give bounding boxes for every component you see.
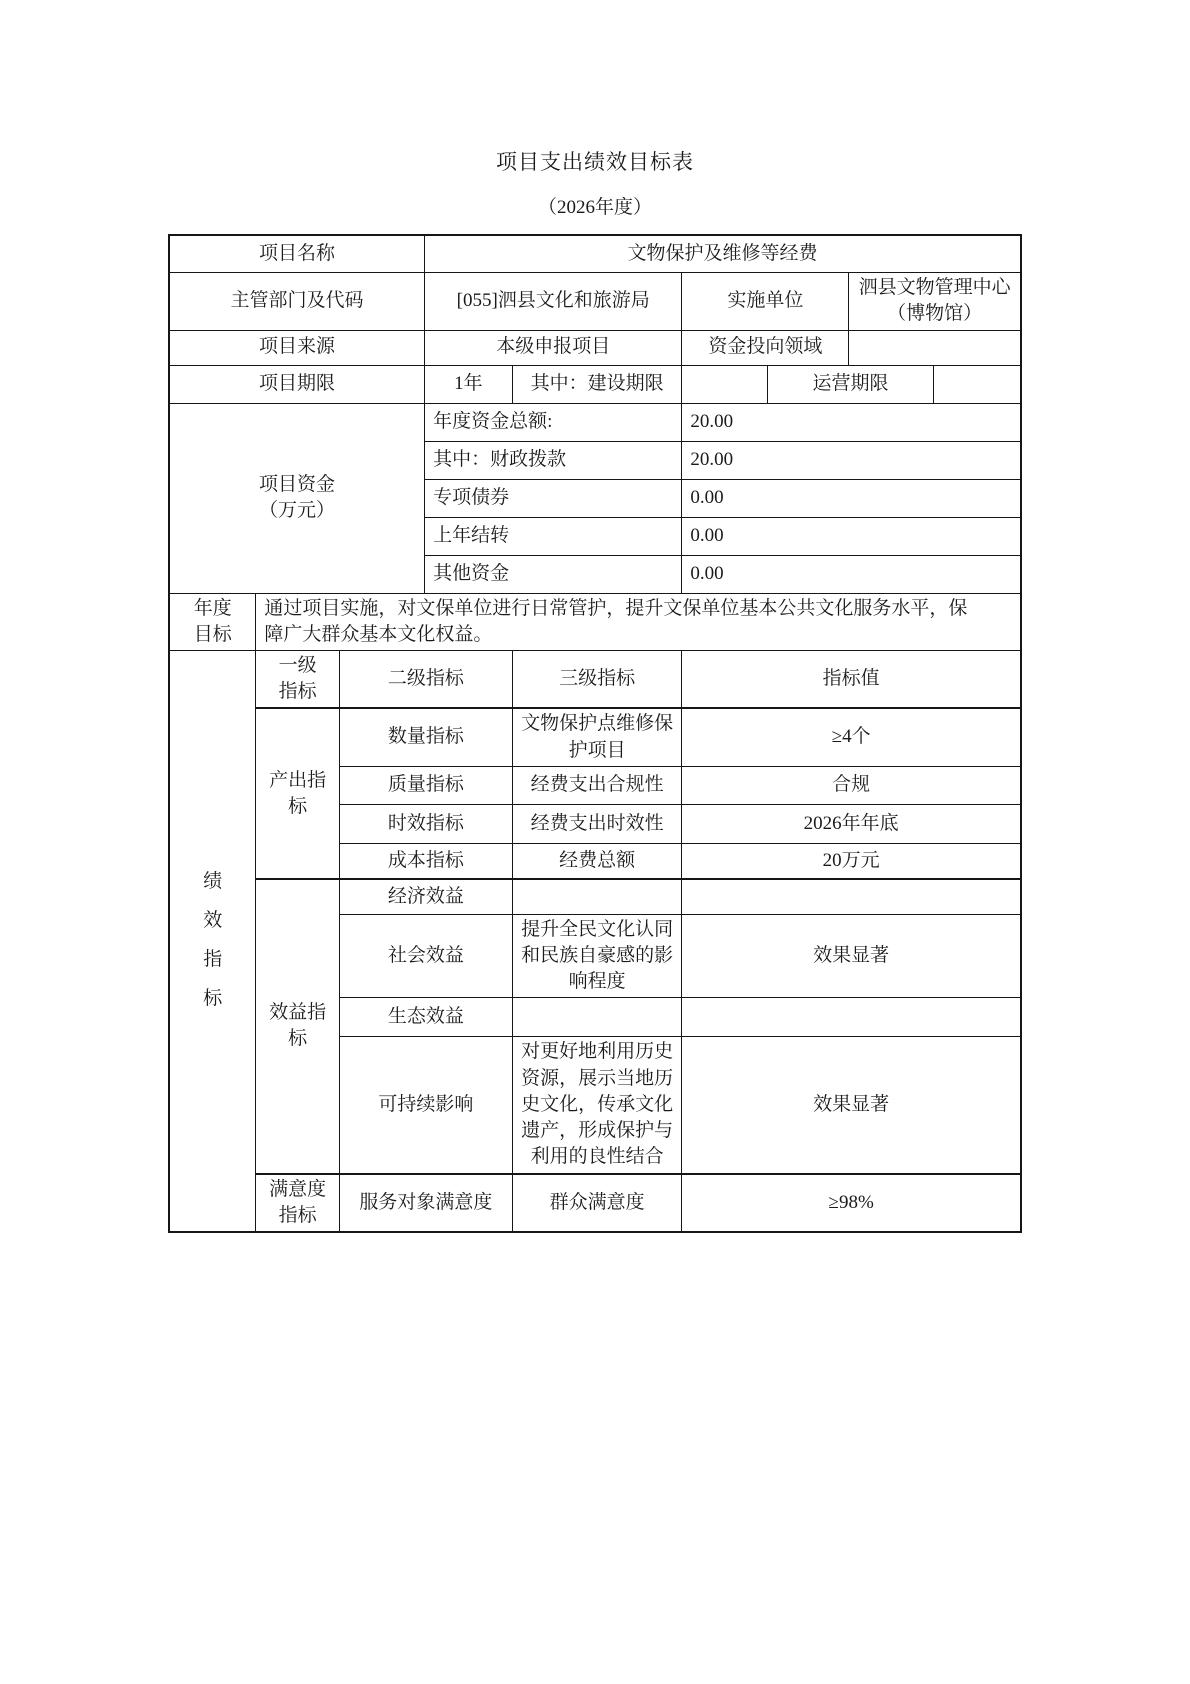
dept-label: 主管部门及代码 <box>169 272 425 330</box>
fund-item-value: 0.00 <box>682 479 1021 517</box>
perf-level3: 经费总额 <box>512 843 682 879</box>
fund-item-value: 20.00 <box>682 441 1021 479</box>
row-project-name: 项目名称 文物保护及维修等经费 <box>169 235 1021 272</box>
impl-unit-value: 泗县文物管理中心 （博物馆） <box>849 272 1021 330</box>
document-sheet: 项目支出绩效目标表 （2026年度） 项目名称 文物保护及维修等经费 主管部门及… <box>168 0 1022 1233</box>
row-source: 项目来源 本级申报项目 资金投向领域 <box>169 330 1021 365</box>
fund-item-label: 专项债券 <box>425 479 682 517</box>
perf-level3: 提升全民文化认同 和民族自豪感的影 响程度 <box>512 914 682 998</box>
perf-level3: 文物保护点维修保 护项目 <box>512 708 682 766</box>
row-perf-quantity: 产出指 标 数量指标 文物保护点维修保 护项目 ≥4个 <box>169 708 1021 766</box>
row-period: 项目期限 1年 其中：建设期限 运营期限 <box>169 365 1021 403</box>
perf-level2: 社会效益 <box>339 914 512 998</box>
row-perf-satisfaction: 满意度 指标 服务对象满意度 群众满意度 ≥98% <box>169 1174 1021 1232</box>
perf-value: 效果显著 <box>682 914 1021 998</box>
perf-level2: 生态效益 <box>339 998 512 1037</box>
build-period-label: 其中：建设期限 <box>512 365 682 403</box>
period-label: 项目期限 <box>169 365 425 403</box>
annual-goal-text: 通过项目实施，对文保单位进行日常管护，提升文保单位基本公共文化服务水平，保 障广… <box>256 593 1021 650</box>
row-perf-header: 绩 效 指 标 一级 指标 二级指标 三级指标 指标值 <box>169 650 1021 708</box>
perf-level3 <box>512 998 682 1037</box>
perf-value: 2026年年底 <box>682 804 1021 843</box>
perf-header-value: 指标值 <box>682 650 1021 708</box>
perf-level3: 对更好地利用历史 资源，展示当地历 史文化，传承文化 遗产，形成保护与 利用的良… <box>512 1037 682 1174</box>
row-annual-goal: 年度 目标 通过项目实施，对文保单位进行日常管护，提升文保单位基本公共文化服务水… <box>169 593 1021 650</box>
performance-target-table: 项目名称 文物保护及维修等经费 主管部门及代码 [055]泗县文化和旅游局 实施… <box>168 234 1022 1233</box>
perf-level2: 数量指标 <box>339 708 512 766</box>
impl-unit-label: 实施单位 <box>682 272 849 330</box>
perf-level2: 可持续影响 <box>339 1037 512 1174</box>
op-period-value <box>933 365 1021 403</box>
document-subtitle: （2026年度） <box>168 192 1022 219</box>
fund-item-value: 0.00 <box>682 555 1021 593</box>
perf-level2: 时效指标 <box>339 804 512 843</box>
perf-value <box>682 998 1021 1037</box>
perf-value <box>682 879 1021 914</box>
perf-value: ≥98% <box>682 1174 1021 1232</box>
fund-item-value: 20.00 <box>682 403 1021 441</box>
perf-label: 绩 效 指 标 <box>169 650 256 1232</box>
annual-goal-label: 年度 目标 <box>169 593 256 650</box>
perf-header-level1: 一级 指标 <box>256 650 339 708</box>
perf-group-satisfaction: 满意度 指标 <box>256 1174 339 1232</box>
row-department: 主管部门及代码 [055]泗县文化和旅游局 实施单位 泗县文物管理中心 （博物馆… <box>169 272 1021 330</box>
fund-item-value: 0.00 <box>682 517 1021 555</box>
row-fund-total: 项目资金 （万元） 年度资金总额: 20.00 <box>169 403 1021 441</box>
source-label: 项目来源 <box>169 330 425 365</box>
perf-header-level2: 二级指标 <box>339 650 512 708</box>
perf-group-benefit: 效益指 标 <box>256 879 339 1173</box>
page: { "page": { "title": "项目支出绩效目标表", "subti… <box>0 0 1190 1684</box>
document-title: 项目支出绩效目标表 <box>168 146 1022 176</box>
perf-header-level3: 三级指标 <box>512 650 682 708</box>
project-name-label: 项目名称 <box>169 235 425 272</box>
fund-item-label: 其中：财政拨款 <box>425 441 682 479</box>
funds-label: 项目资金 （万元） <box>169 403 425 593</box>
build-period-value <box>682 365 768 403</box>
perf-value: 合规 <box>682 766 1021 804</box>
invest-field-value <box>849 330 1021 365</box>
perf-level2: 成本指标 <box>339 843 512 879</box>
perf-level3: 经费支出时效性 <box>512 804 682 843</box>
invest-field-label: 资金投向领域 <box>682 330 849 365</box>
perf-value: ≥4个 <box>682 708 1021 766</box>
dept-value: [055]泗县文化和旅游局 <box>425 272 682 330</box>
perf-level2: 服务对象满意度 <box>339 1174 512 1232</box>
fund-item-label: 年度资金总额: <box>425 403 682 441</box>
fund-item-label: 上年结转 <box>425 517 682 555</box>
perf-level3: 经费支出合规性 <box>512 766 682 804</box>
perf-value: 20万元 <box>682 843 1021 879</box>
fund-item-label: 其他资金 <box>425 555 682 593</box>
op-period-label: 运营期限 <box>768 365 933 403</box>
perf-value: 效果显著 <box>682 1037 1021 1174</box>
perf-group-output: 产出指 标 <box>256 708 339 879</box>
perf-level3: 群众满意度 <box>512 1174 682 1232</box>
perf-level2: 质量指标 <box>339 766 512 804</box>
project-name-value: 文物保护及维修等经费 <box>425 235 1021 272</box>
source-value: 本级申报项目 <box>425 330 682 365</box>
perf-level2: 经济效益 <box>339 879 512 914</box>
period-value: 1年 <box>425 365 513 403</box>
row-perf-economic: 效益指 标 经济效益 <box>169 879 1021 914</box>
perf-level3 <box>512 879 682 914</box>
